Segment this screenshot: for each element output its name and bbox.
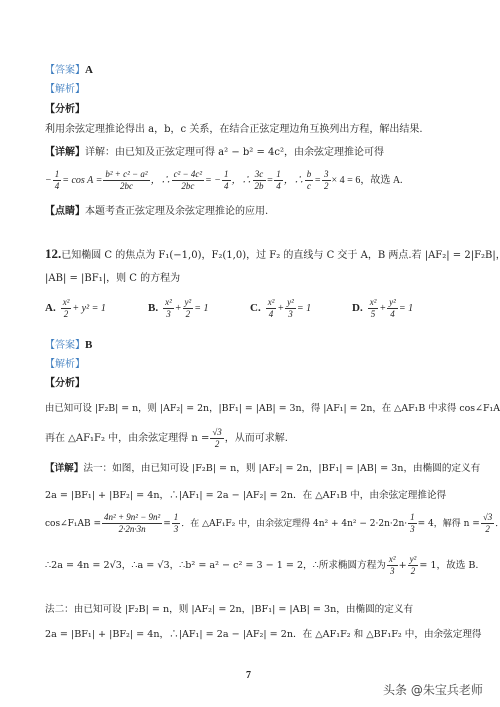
xiangjie-text: 详解：由已知及正弦定理可得 a² − b² = 4c²，由余弦定理推论可得 (85, 147, 384, 158)
q12-jiexi-line: 【解析】 (45, 358, 85, 372)
q12-fenxi-line: 【分析】 (45, 377, 85, 391)
stem-text: 已知椭圆 C 的焦点为 F₁(−1,0)，F₂(1,0)，过 F₂ 的直线与 C… (61, 250, 500, 261)
formula-text: ，∴ (284, 175, 304, 186)
dianjing-tag: 【点睛】 (45, 206, 85, 217)
analysis-tag: 【解析】 (45, 84, 85, 95)
q11-dianjing-line: 【点睛】本题考查正弦定理及余弦定理推论的应用. (45, 205, 268, 219)
xiangjie-text: 法一：如图，由已知可设 |F₂B| = n，则 |AF₂| = 2n，|BF₁|… (83, 463, 480, 474)
question-number: 12. (45, 246, 61, 261)
fraction: 3c2b (253, 169, 266, 192)
q12-xiangjie-line3: cos∠F₁AB =4n² + 9n² − 9n²2·2n·3n=13．在 △A… (45, 510, 500, 538)
answer-value: A (85, 64, 93, 76)
formula-text: = − (205, 175, 221, 186)
analysis-tag: 【解析】 (45, 359, 85, 370)
formula-text: = (314, 175, 321, 186)
fraction: 14 (222, 169, 231, 192)
fraction: bc (305, 169, 314, 192)
q12-fa2-line2: 2a = |BF₁| + |BF₂| = 4n，∴|AF₁| = 2a − |A… (45, 628, 482, 642)
q11-fenxi-text: 利用余弦定理推论得出 a，b，c 关系，在结合正弦定理边角互换列出方程，解出结果… (45, 123, 423, 137)
formula-text: × 4 = 6，故选 A. (332, 175, 403, 186)
q12-fa2-line1: 法二：由已知可设 |F₂B| = n，则 |AF₂| = 2n，|BF₁| = … (45, 603, 413, 617)
formula-text: = cos A = (62, 175, 102, 186)
xiangjie-tag: 【详解】 (45, 463, 83, 474)
option-d: D.x²5+y²4= 1 (352, 297, 413, 320)
fraction: 32 (322, 169, 331, 192)
fenxi-tag: 【分析】 (45, 378, 85, 389)
q12-fenxi-text2: 再在 △AF₁F₂ 中，由余弦定理得 n =√32，从而可求解. (45, 427, 288, 451)
answer-value: B (85, 339, 92, 351)
formula-text: = (267, 175, 274, 186)
q12-xiangjie-line2: 2a = |BF₁| + |BF₂| = 4n，∴|AF₁| = 2a − |A… (45, 489, 446, 503)
fraction: 14 (53, 169, 62, 192)
fraction: c² − 4c²2bc (172, 169, 204, 192)
document-page: 【答案】A 【解析】 【分析】 利用余弦定理推论得出 a，b，c 关系，在结合正… (0, 0, 500, 707)
option-a: A.x²2+ y² = 1 (45, 297, 106, 320)
q11-xiangjie-line: 【详解】详解：由已知及正弦定理可得 a² − b² = 4c²，由余弦定理推论可… (45, 146, 384, 160)
fraction: 14 (274, 169, 283, 192)
q11-jiexi-line: 【解析】 (45, 83, 85, 97)
answer-tag: 【答案】 (45, 340, 85, 351)
q12-stem-line2: |AB| = |BF₁|，则 C 的方程为 (45, 272, 180, 286)
fraction: b² + c² − a²2bc (103, 169, 149, 192)
q12-fenxi-text1: 由已知可设 |F₂B| = n，则 |AF₂| = 2n，|BF₁| = |AB… (45, 397, 500, 421)
answer-tag: 【答案】 (45, 65, 85, 76)
formula-text: − (45, 175, 52, 186)
formula-text: ，∴ (232, 175, 252, 186)
xiangjie-tag: 【详解】 (45, 147, 85, 158)
formula-text: ，∴ (151, 175, 171, 186)
q12-answer-line: 【答案】B (45, 338, 92, 353)
q11-fenxi-line: 【分析】 (45, 103, 85, 117)
q12-xiangjie-line4: ∴2a = 4n = 2√3，∴a = √3，∴b² = a² − c² = 3… (45, 552, 478, 580)
option-b: B.x²3+y²2= 1 (148, 297, 209, 320)
page-number: 7 (246, 670, 251, 681)
q12-xiangjie-line1: 【详解】法一：如图，由已知可设 |F₂B| = n，则 |AF₂| = 2n，|… (45, 462, 480, 476)
dianjing-text: 本题考查正弦定理及余弦定理推论的应用. (85, 206, 268, 217)
watermark: 头条 @朱宝兵老师 (383, 681, 483, 698)
option-c: C.x²4+y²3= 1 (250, 297, 311, 320)
q11-formula-line: −14= cos A =b² + c² − a²2bc，∴c² − 4c²2bc… (45, 169, 403, 193)
q11-answer-line: 【答案】A (45, 63, 93, 78)
q12-stem-line1: 12.已知椭圆 C 的焦点为 F₁(−1,0)，F₂(1,0)，过 F₂ 的直线… (45, 247, 500, 263)
fenxi-tag: 【分析】 (45, 104, 85, 115)
